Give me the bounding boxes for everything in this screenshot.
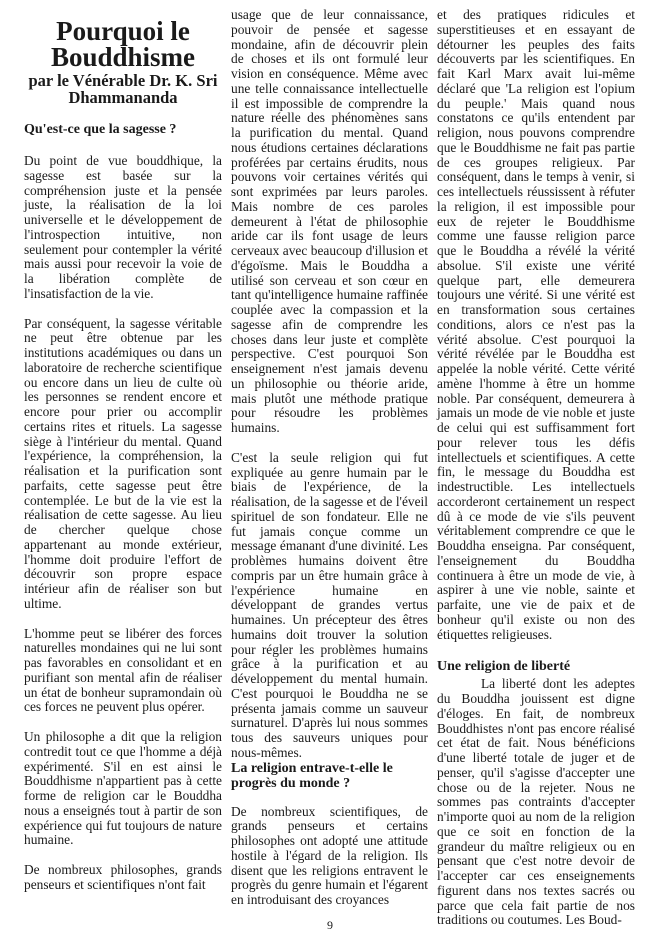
column-3: et des pratiques ridicules et superstiti…	[437, 8, 635, 928]
paragraph: L'homme peut se libérer des forces natur…	[24, 627, 222, 716]
column-1: Pourquoi le Bouddhisme par le Vénérable …	[24, 8, 222, 893]
author-byline: par le Vénérable Dr. K. Sri Dhammananda	[24, 72, 222, 106]
paragraph: usage que de leur connaissance, pouvoir …	[231, 8, 428, 436]
section-heading-sagesse: Qu'est-ce que la sagesse ?	[24, 122, 222, 137]
section-heading-liberte: Une religion de liberté	[437, 659, 635, 674]
paragraph: C'est la seule religion qui fut expliqué…	[231, 451, 428, 761]
paragraph: Par conséquent, la sagesse véritable ne …	[24, 317, 222, 612]
paragraph: La liberté dont les adeptes du Bouddha j…	[437, 677, 635, 928]
document-page: Pourquoi le Bouddhisme par le Vénérable …	[0, 0, 660, 941]
paragraph: De nombreux philosophes, grands penseurs…	[24, 863, 222, 893]
section-heading-progres: La religion entrave-t-elle le progrès du…	[231, 761, 428, 791]
paragraph: Du point de vue bouddhique, la sagesse e…	[24, 154, 222, 302]
page-number: 9	[0, 918, 660, 933]
paragraph: De nombreux scientifiques, de grands pen…	[231, 805, 428, 908]
column-2: usage que de leur connaissance, pouvoir …	[231, 8, 428, 908]
paragraph: Un philosophe a dit que la religion cont…	[24, 730, 222, 848]
paragraph: et des pratiques ridicules et superstiti…	[437, 8, 635, 642]
document-title: Pourquoi le Bouddhisme	[24, 18, 222, 70]
